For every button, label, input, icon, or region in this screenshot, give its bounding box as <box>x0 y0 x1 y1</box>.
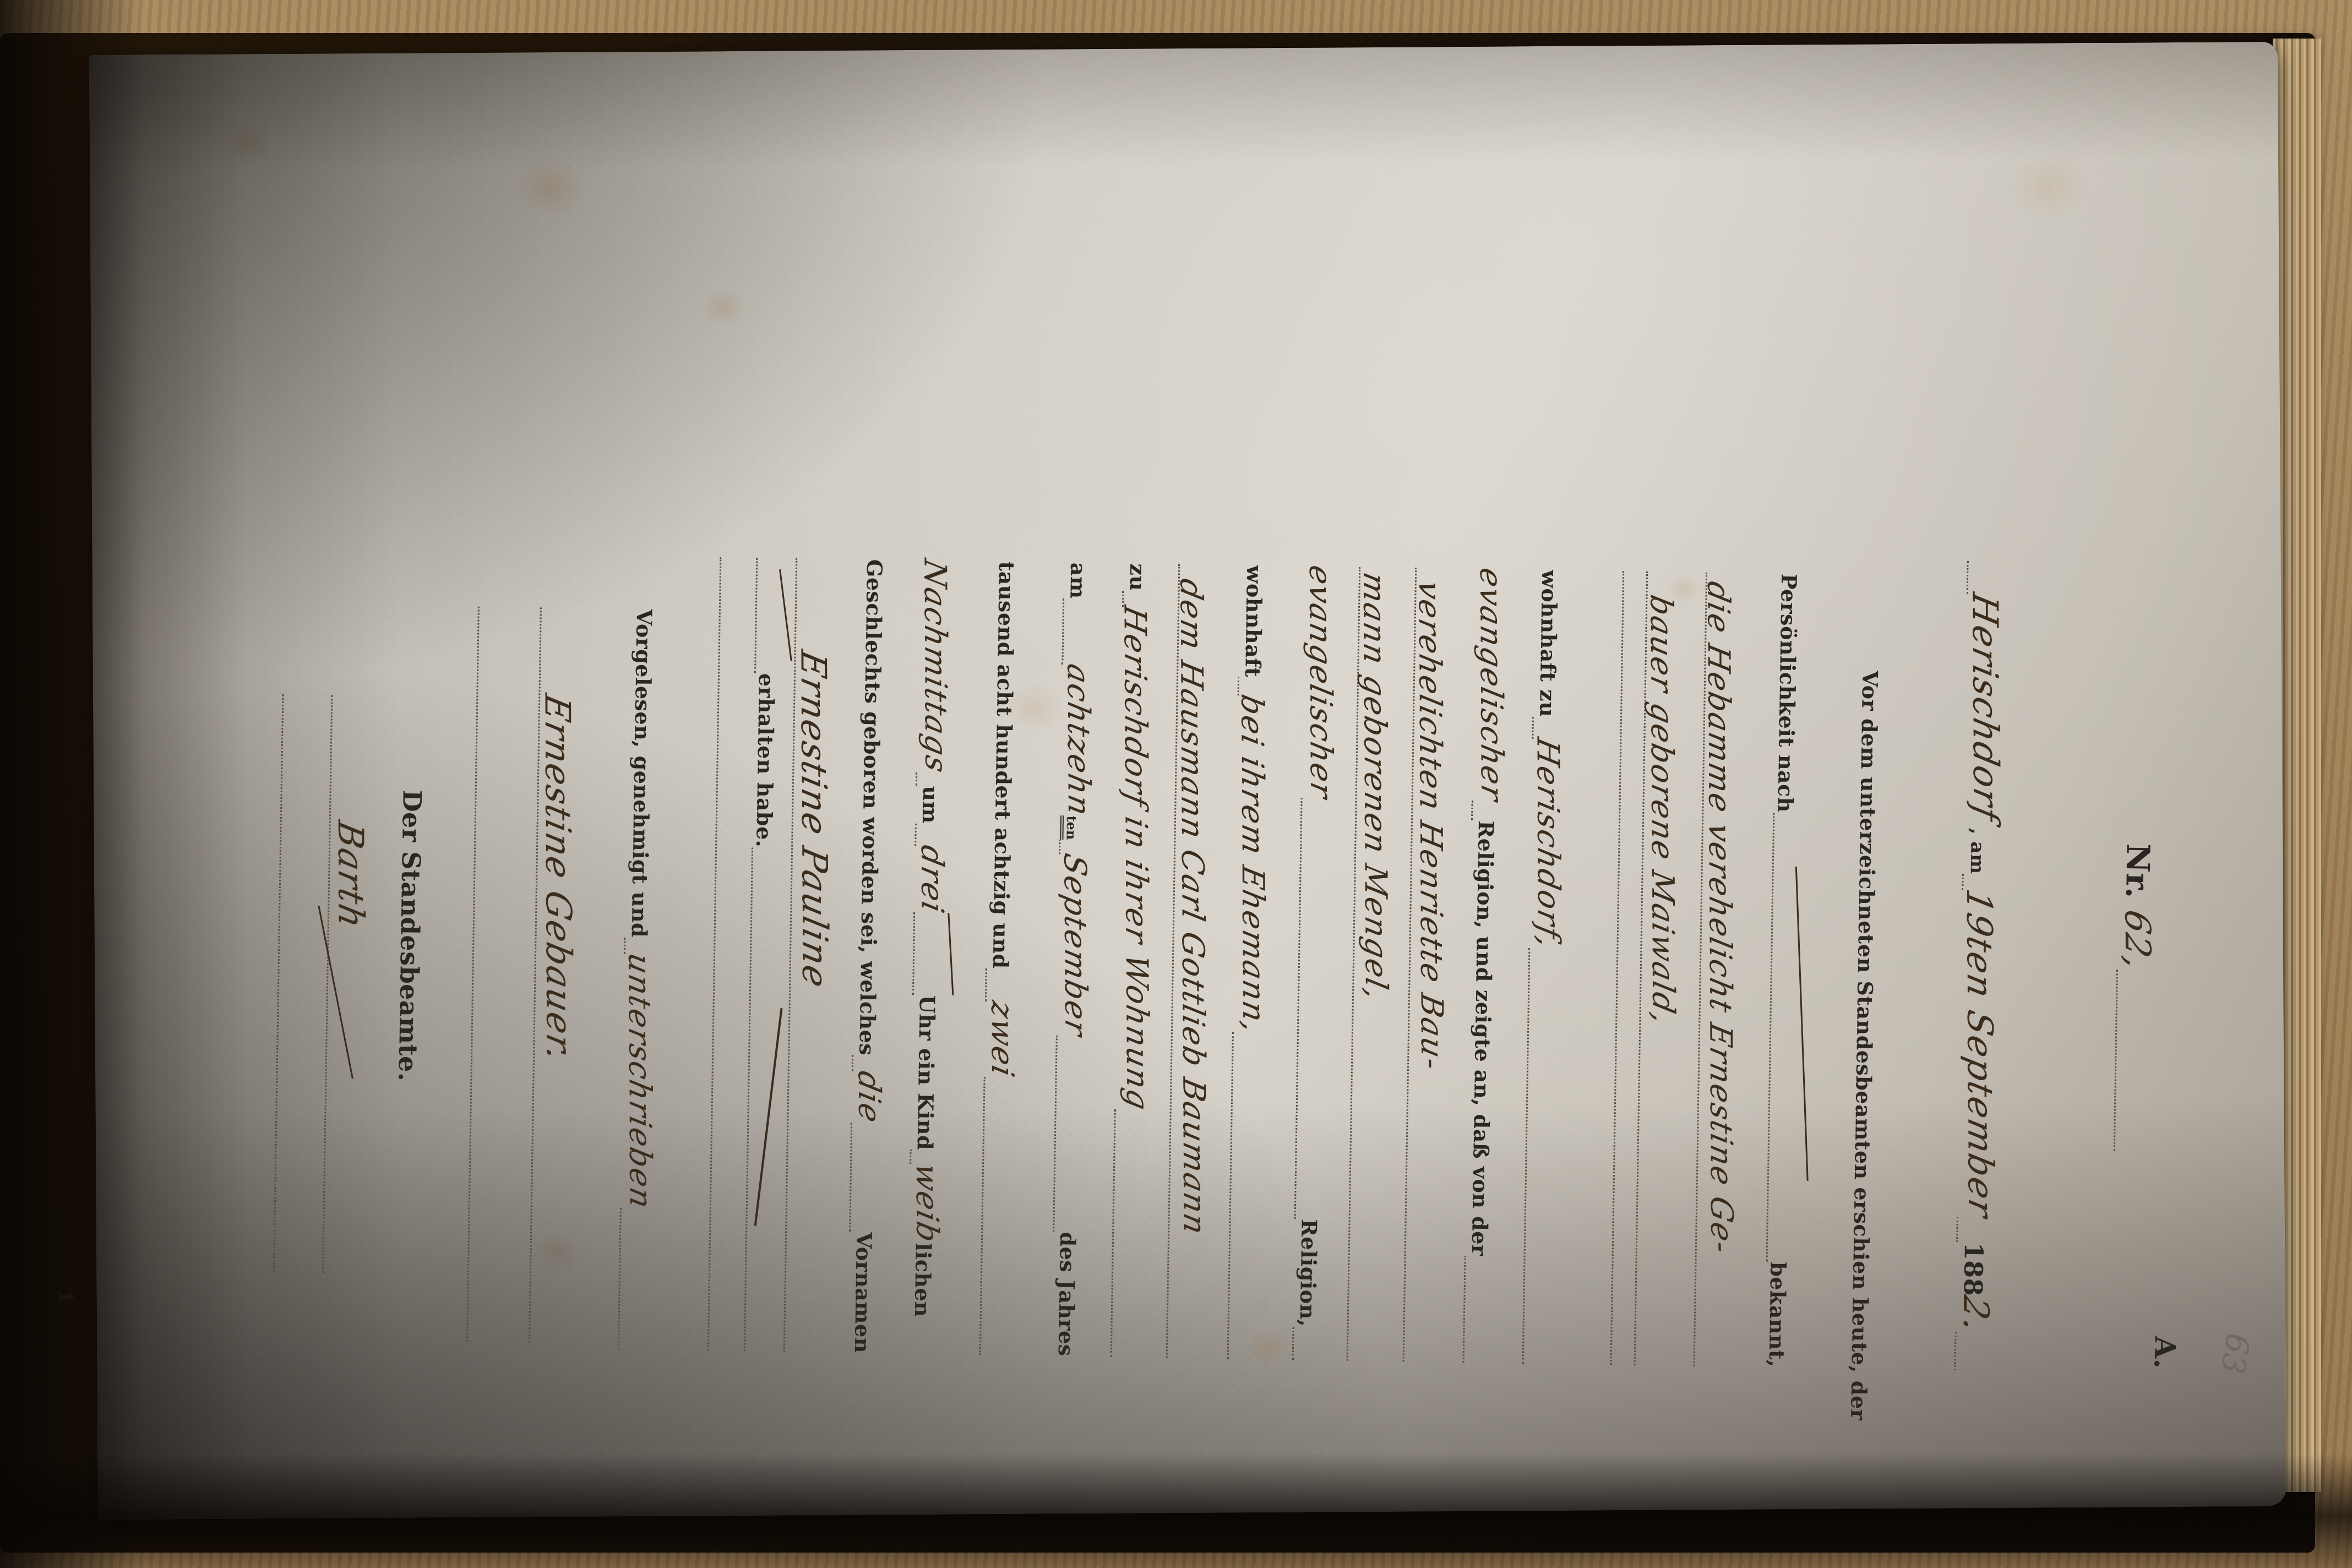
wohnhaft-zu-handwritten: Herischdorf, <box>1530 735 1567 952</box>
bekannt-printed: bekannt, <box>1765 1262 1791 1368</box>
persoenlichkeit-printed: Persönlichkeit nach <box>1773 574 1801 813</box>
um-printed: um <box>918 786 943 824</box>
wohnhaft-bei-handwritten: bei ihrem Ehemann, <box>1234 692 1271 1037</box>
number-label: Nr. <box>2119 843 2157 899</box>
mother-handwritten-1: verehelichten Henriette Bau- <box>1412 578 1450 1074</box>
day-handwritten: achtzehn <box>1060 661 1097 820</box>
religion1-handwritten: evangelischer <box>1473 565 1510 805</box>
uhr-ein-kind-printed: Uhr ein Kind <box>913 995 940 1150</box>
lichen-printed: lichen <box>910 1243 936 1317</box>
des-jahres-printed: des Jahres <box>1054 1232 1081 1357</box>
photo-of-register-page: 63 A. Nr. 62, Herischdorf , am 19ten Sep… <box>0 0 2352 1568</box>
vorgelesen-printed: Vorgelesen, genehmigt und <box>627 609 657 938</box>
erhalten-habe-printed: erhalten habe. <box>752 673 779 847</box>
wohnhaft-bei-printed: wohnhaft <box>1240 565 1267 677</box>
page-number: 1 <box>54 1290 76 1304</box>
month-handwritten: September <box>1057 850 1093 1040</box>
gender-handwritten: weib <box>909 1161 945 1247</box>
religion2-handwritten: evangelischer <box>1302 562 1339 802</box>
zu-printed: zu <box>1125 563 1151 591</box>
am-printed: am <box>1065 562 1091 599</box>
hour-handwritten: drei <box>914 842 950 917</box>
dateline-date-handwritten: 19ten September <box>1958 886 2001 1222</box>
folio-number: 63 <box>2214 1331 2257 1376</box>
empty-ruled-line <box>273 694 284 1272</box>
declarant-signature-handwritten: Ernestine Gebauer. <box>537 691 579 1065</box>
empty-ruled-line <box>707 557 722 1351</box>
religion2-printed: Religion, <box>1295 1219 1322 1327</box>
mother-handwritten-2: mann geborenen Mengel, <box>1356 569 1394 1004</box>
wohnhaft-zu-printed: wohnhaft zu <box>1535 570 1562 717</box>
birth-record-form: 63 A. Nr. 62, Herischdorf , am 19ten Sep… <box>105 58 2284 1457</box>
dateline-year-printed: 188 <box>1958 1242 1989 1296</box>
registrar-signature-handwritten: Barth <box>330 818 371 933</box>
declarant-handwritten-1: die Hebamme verehelicht Ernestine Ge- <box>1700 579 1739 1257</box>
declarant-handwritten-2: bauer geborene Maiwald, <box>1643 592 1681 1028</box>
unterschrieben-handwritten: unterschrieben <box>621 950 658 1212</box>
year-word-handwritten: zwei <box>984 998 1020 1081</box>
child-name-handwritten: Ernestine Pauline <box>792 647 835 992</box>
intro-printed: Vor dem unterzeichneten Standesbeamten e… <box>1846 671 1882 1420</box>
empty-ruled-line <box>466 607 480 1342</box>
form-letter: A. <box>2148 1336 2182 1369</box>
registrar-heading-printed: Der Standesbeamte. <box>393 790 427 1082</box>
dateline-year-handwritten: 2. <box>1955 1292 1996 1337</box>
geschlechts-printed: Geschlechts geboren worden sei, welches <box>854 559 887 1056</box>
ten-superscript-printed: ten <box>1060 815 1080 840</box>
dateline-place-handwritten: Herischdorf <box>1964 590 2006 825</box>
vornamen-printed: Vornamen <box>850 1232 876 1353</box>
zu-handwritten: Herischdorf in ihrer Wohnung <box>1117 603 1155 1114</box>
religion1-printed: Religion, und zeigte an, daß von der <box>1467 820 1499 1256</box>
empty-ruled-line <box>1610 571 1625 1365</box>
dateline-am: , am <box>1966 828 1989 874</box>
daytime-handwritten: Nachmittags <box>917 556 954 777</box>
article-handwritten: die <box>851 1068 887 1127</box>
tausend-printed: tausend acht hundert achtzig und <box>988 561 1020 969</box>
number-value-handwritten: 62, <box>2117 906 2158 974</box>
father-handwritten: dem Hausmann Carl Gottlieb Baumann <box>1173 576 1212 1239</box>
